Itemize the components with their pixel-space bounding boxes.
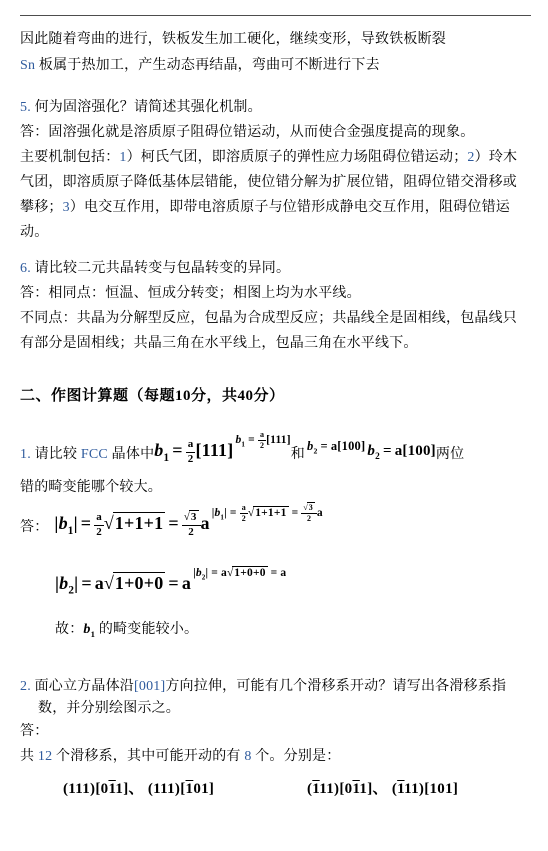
question-2-line-1: 2. 面心立方晶体沿[001]方向拉伸，可能有几个滑移系开动？请写出各滑移系指: [20, 676, 506, 697]
conjunction-and: 和: [291, 444, 305, 465]
radicand: 1+1+1: [113, 512, 166, 533]
text-segment: 板属于热加工，产生动态再结晶，弯曲可不断进行下去: [35, 58, 380, 73]
answer-5-line-2: 主要机制包括：1）柯氏气团，即溶质原子的弹性应力场阻碍位错运动；2）玲木: [20, 147, 517, 168]
paragraph-bending-conclusion: 因此随着弯曲的进行，铁板发生加工硬化，继续变形，导致铁板断裂: [20, 29, 446, 50]
question-2-line-2: 数，并分别绘图示之。: [38, 698, 180, 719]
text-segment: 11)[0: [320, 781, 353, 797]
answer-2-count: 共 12 个滑移系，其中可能开动的有 8 个。分别是：: [20, 746, 340, 767]
answer-6-line-2: 不同点：共晶为分解型反应，包晶为合成型反应；共晶线全是固相线，包晶线只: [20, 308, 517, 329]
fraction-sqrt3-over-2: √32: [182, 512, 201, 538]
radicand: 3: [307, 502, 315, 512]
text-segment: 请比较: [31, 447, 81, 462]
text-segment: FCC: [81, 447, 108, 462]
question-1-suffix: 两位: [436, 444, 464, 465]
text-segment: 2.: [20, 679, 31, 694]
question-1-line-2: 错的畸变能哪个较大。: [20, 477, 162, 498]
answer-1-conclusion: 故：b1 的畸变能较小。: [55, 619, 198, 645]
text-segment: 5.: [20, 100, 31, 115]
text-segment: 攀移；: [20, 200, 63, 215]
miller-index-bar-digit: 1: [352, 781, 359, 797]
text-segment: 个滑移系，其中可能开动的有: [52, 749, 244, 764]
text-segment: 方向拉伸，可能有几个滑移系开动？请写出各滑移系指: [165, 679, 506, 694]
fraction-a-over-2: a2: [186, 439, 196, 465]
question-6: 6. 请比较二元共晶转变与包晶转变的异同。: [20, 258, 290, 279]
answer-5-line-5: 动。: [20, 222, 48, 243]
radicand: 1+0+0: [113, 572, 166, 593]
text-segment: 何为固溶强化？请简述其强化机制。: [31, 100, 262, 115]
section-2-header: 二、作图计算题（每题10分，共40分）: [20, 386, 285, 407]
text-segment: 有部分是固相线；共晶三角在水平线上，包晶三角在水平线下。: [20, 336, 418, 351]
fraction-a-over-2: a2: [240, 504, 248, 524]
answer-5-line-3: 气团，即溶质原子降低基体层错能，使位错分解为扩展位错，阻碍位错交滑移或: [20, 172, 517, 193]
document-page: 因此随着弯曲的进行，铁板发生加工硬化，继续变形，导致铁板断裂 Sn 板属于热加工…: [0, 0, 548, 851]
answer-1-b1-line: 答： |b1|=a2√1+1+1=√32a |b1|=a2√1+1+1=√32a: [20, 503, 323, 551]
text-segment: 面心立方晶体沿: [31, 679, 134, 694]
formula-b2-magnitude-inline: |b2|=a√1+0+0=a: [193, 563, 286, 588]
text-segment: 共: [20, 749, 38, 764]
text-segment: 请比较二元共晶转变与包晶转变的异同。: [31, 261, 290, 276]
slip-systems-group-2: (111)[011]、 (111)[101]: [307, 777, 458, 798]
miller-index-bar-digit: 1: [397, 781, 404, 797]
formula-b2-magnitude-large: |b2|=a√1+0+0=a: [55, 573, 191, 602]
radicand: 1+0+0: [232, 566, 267, 579]
text-segment: 12: [38, 749, 52, 764]
text-segment: (111)[0: [63, 781, 108, 797]
text-segment: 答：固溶强化就是溶质原子阻碍位错运动，从而使合金强度提高的现象。: [20, 125, 474, 140]
text-segment: [001]: [134, 679, 165, 694]
text-segment: Sn: [20, 58, 35, 73]
text-segment: 答：相同点：恒温、恒成分转变；相图上均为水平线。: [20, 286, 361, 301]
text-segment: 二、作图计算题（每题10分，共40分）: [20, 388, 285, 404]
text-segment: 1.: [20, 447, 31, 462]
formula-b1-vector-large: b1=a2[111]: [154, 439, 233, 469]
radicand: 1+1+1: [253, 506, 288, 519]
b1-symbol: b1: [83, 622, 95, 637]
text-segment: 不同点：共晶为分解型反应，包晶为合成型反应；共晶线全是固相线，包晶线只: [20, 311, 517, 326]
text-segment: ）电交互作用，即带电溶质原子与位错形成静电交互作用，阻碍位错运: [70, 200, 510, 215]
formula-b1-vector-inline: b1=a2[111]: [235, 430, 290, 455]
formula-b1-magnitude-large: |b1|=a2√1+1+1=√32a: [54, 512, 209, 542]
text-segment: 1]、 (: [360, 781, 397, 797]
text-segment: 错的畸变能哪个较大。: [20, 480, 162, 495]
answer-6-line-3: 有部分是固相线；共晶三角在水平线上，包晶三角在水平线下。: [20, 333, 418, 354]
radical-sign: √: [104, 513, 113, 533]
radical-sign: √: [104, 573, 113, 593]
formula-b2-vector-inline: b2=a[100]: [307, 436, 365, 462]
miller-index-bar-digit: 1: [312, 781, 319, 797]
answer-6-line-1: 答：相同点：恒温、恒成分转变；相图上均为水平线。: [20, 283, 361, 304]
text-segment: ）柯氏气团，即溶质原子的弹性应力场阻碍位错运动；: [127, 150, 468, 165]
paragraph-sn-hot-working: Sn 板属于热加工，产生动态再结晶，弯曲可不断进行下去: [20, 55, 380, 76]
text-segment: 8: [244, 749, 251, 764]
answer-5-line-4: 攀移；3）电交互作用，即带电溶质原子与位错形成静电交互作用，阻碍位错运: [20, 197, 510, 218]
page-top-divider: [20, 15, 531, 16]
text-segment: 动。: [20, 225, 48, 240]
formula-b2-vector-large: b2=a[100]: [367, 441, 436, 468]
radicand: 3: [189, 510, 199, 523]
answer-5-line-1: 答：固溶强化就是溶质原子阻碍位错运动，从而使合金强度提高的现象。: [20, 122, 474, 143]
text-segment: 2: [467, 150, 474, 165]
text-segment: 数，并分别绘图示之。: [38, 701, 180, 716]
answer-label: 答：: [20, 517, 48, 538]
question-1-line-1: 1. 请比较 FCC 晶体中 b1=a2[111] b1=a2[111] 和 b…: [20, 432, 464, 476]
text-segment: 因此随着弯曲的进行，铁板发生加工硬化，继续变形，导致铁板断裂: [20, 32, 446, 47]
miller-index-bar-digit: 1: [108, 781, 115, 797]
text-segment: ）玲木: [475, 150, 518, 165]
text-segment: 01]: [193, 781, 214, 797]
answer-1-b2-line: |b2|=a√1+0+0=a |b2|=a√1+0+0=a: [55, 563, 286, 611]
text-segment: 1: [119, 150, 126, 165]
question-1-prefix: 1. 请比较 FCC 晶体中: [20, 444, 154, 465]
fraction-sqrt3-over-2: √32: [301, 504, 317, 524]
formula-b1-magnitude-inline: |b1|=a2√1+1+1=√32a: [212, 503, 323, 528]
text-segment: 1]、 (111)[: [116, 781, 186, 797]
fraction-a-over-2: a2: [258, 431, 266, 451]
answer-2-label: 答：: [20, 721, 48, 742]
text-segment: 11)[101]: [405, 781, 459, 797]
question-5: 5. 何为固溶强化？请简述其强化机制。: [20, 97, 262, 118]
text-segment: 气团，即溶质原子降低基体层错能，使位错分解为扩展位错，阻碍位错交滑移或: [20, 175, 517, 190]
text-segment: 晶体中: [108, 447, 154, 462]
text-segment: 6.: [20, 261, 31, 276]
fraction-a-over-2: a2: [94, 512, 104, 538]
text-segment: 主要机制包括：: [20, 150, 119, 165]
slip-systems-group-1: (111)[011]、 (111)[101]: [63, 777, 214, 798]
text-segment: 个。分别是：: [252, 749, 341, 764]
text-segment: 答：: [20, 724, 48, 739]
text-segment: 3: [63, 200, 70, 215]
